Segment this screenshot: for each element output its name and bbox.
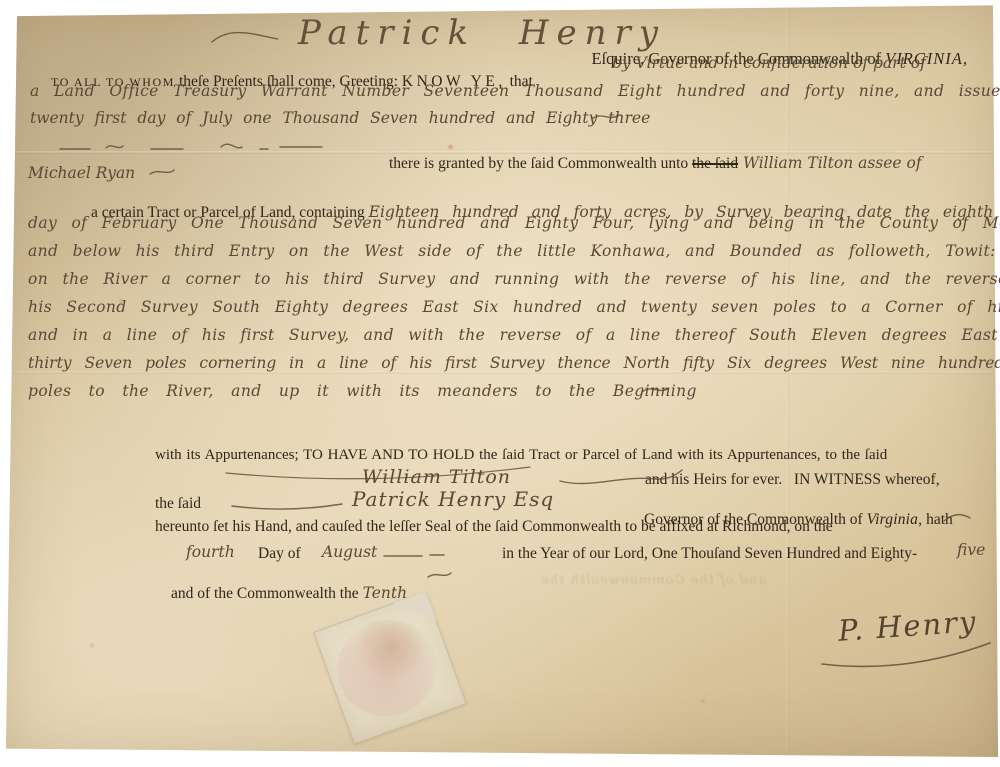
the-said-print: the ſaid <box>155 496 201 512</box>
year-script: five <box>957 543 985 559</box>
month-script: August <box>322 545 377 561</box>
granting-line: there is granted by the ſaid Commonwealt… <box>373 140 922 188</box>
commonwealth-year-line: and of the Commonwealth the Tenth <box>155 570 407 618</box>
body-line-3: on the River a corner to his third Surve… <box>28 272 1000 288</box>
governor-print-virginia: Virginia, <box>867 511 923 528</box>
commonwealth-print: and of the Commonwealth the <box>171 585 363 602</box>
body-line-6: thirty Seven poles cornering in a line o… <box>28 356 1000 372</box>
day-of-print: Day of <box>258 546 301 562</box>
granted-struck-words: the ſaid <box>692 155 738 172</box>
granted-lead: there is granted by the ſaid Commonwealt… <box>389 155 692 172</box>
foxing-spot <box>700 698 706 704</box>
seal-stain <box>323 606 450 730</box>
body-line-2: and below his third Entry on the West si… <box>28 244 1000 260</box>
grantee-name-script: William Tilton assee of <box>738 154 922 172</box>
ink-bleed-text: and of the Commonwealth the <box>540 574 766 587</box>
seal-clause-line: hereunto ſet his Hand, and cauſed the le… <box>155 519 833 535</box>
year-print: in the Year of our Lord, One Thouſand Se… <box>502 546 917 562</box>
body-line-5: and in a line of his first Survey, and w… <box>28 328 1000 344</box>
body-line-1: day of February One Thousand Seven hundr… <box>28 216 1000 232</box>
warrant-line-1: a Land Office Treasury Warrant Number Se… <box>30 84 1000 100</box>
habendum-line: with its Appurtenances; TO HAVE AND TO H… <box>155 448 887 463</box>
foxing-spot <box>88 642 96 649</box>
governor-print-tail: hath <box>922 511 953 528</box>
commonwealth-year-script: Tenth <box>363 584 408 602</box>
grantee-repeat-script: William Tilton <box>362 468 511 487</box>
fold-crease-vertical <box>786 0 789 767</box>
virtue-script: by Virtue and in conſideration of part o… <box>612 56 926 72</box>
document-scan: Patrick Henry Eſquire, Governor of the C… <box>0 0 1000 767</box>
grantee-line-2: Michael Ryan <box>28 166 135 182</box>
warrant-line-2: twenty first day of July one Thousand Se… <box>30 111 650 127</box>
heirs-line: and his Heirs for ever. IN WITNESS where… <box>645 472 940 488</box>
body-line-4: his Second Survey South Eighty degrees E… <box>28 300 1000 316</box>
day-script: fourth <box>186 545 235 561</box>
governor-name-script-2: Patrick Henry Esq <box>352 489 554 509</box>
body-line-7: poles to the River, and up it with its m… <box>28 384 697 400</box>
